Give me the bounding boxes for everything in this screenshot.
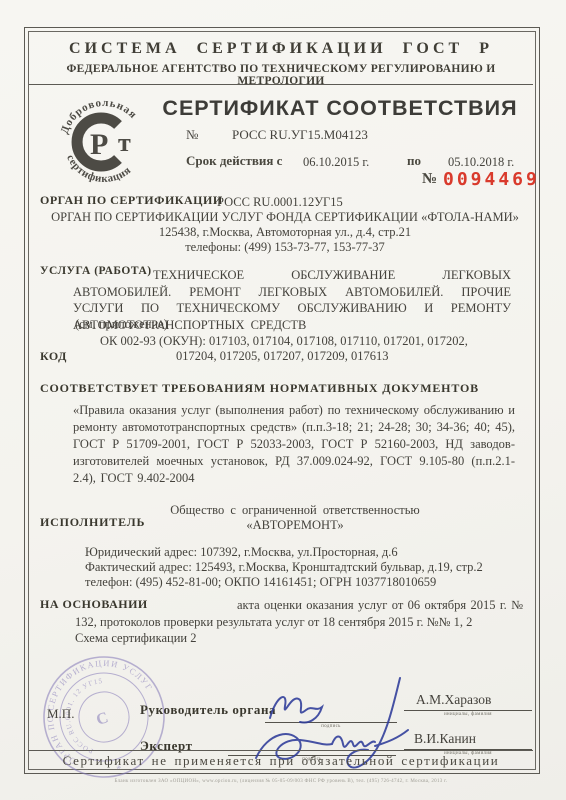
stamp-place-abbr: М.П. [47, 706, 74, 722]
rst-logo: Добровольная сертификация Р т [52, 92, 156, 192]
executor-contacts: телефон: (495) 452-81-00; ОКПО 14161451;… [85, 575, 436, 590]
form-number: 0094469 [443, 169, 540, 190]
disclaimer-divider [29, 750, 533, 751]
validity-to: 05.10.2018 г. [448, 155, 514, 170]
code-line1: ОК 002-93 (ОКУН): 017103, 017104, 017108… [100, 334, 468, 349]
agency-line: ФЕДЕРАЛЬНОЕ АГЕНТСТВО ПО ТЕХНИЧЕСКОМУ РЕ… [30, 63, 532, 87]
executor-actual-address: Фактический адрес: 125493, г.Москва, Кро… [85, 560, 483, 575]
validity-from: 06.10.2015 г. [303, 155, 369, 170]
executor-name-line1: Общество с ограниченной ответственностью [120, 503, 470, 518]
code-line2: 017204, 017205, 017207, 017209, 017613 [176, 349, 389, 364]
compliance-label: СООТВЕТСТВУЕТ ТРЕБОВАНИЯМ НОРМАТИВНЫХ ДО… [40, 381, 479, 396]
basis-text: акта оценки оказания услуг от 06 октября… [75, 597, 523, 631]
validity-label: Срок действия с [186, 153, 282, 169]
org-name: ОРГАН ПО СЕРТИФИКАЦИИ УСЛУГ ФОНДА СЕРТИФ… [40, 210, 530, 225]
svg-text:С: С [94, 709, 110, 729]
form-number-label: № [422, 171, 437, 188]
disclaimer-text: Сертификат не применяется при обязательн… [30, 753, 532, 769]
code-label: КОД [40, 349, 67, 364]
logo-letter-t: т [118, 128, 131, 157]
form-imprint: Бланк изготовлен ЗАО «ОПЦИОН», www.opcio… [30, 779, 532, 784]
org-reg-number: РОСС RU.0001.12УГ15 [217, 195, 343, 210]
number-label: № [186, 127, 198, 143]
number-value: РОСС RU.УГ15.М04123 [232, 127, 368, 143]
certificate-title: СЕРТИФИКАТ СООТВЕТСТВИЯ [160, 96, 520, 121]
certification-system-line: СИСТЕМА СЕРТИФИКАЦИИ ГОСТ Р [30, 40, 532, 58]
org-phones: телефоны: (499) 153-73-77, 153-77-37 [40, 240, 530, 255]
executor-name-line2: «АВТОРЕМОНТ» [120, 518, 470, 533]
certificate-page: СИСТЕМА СЕРТИФИКАЦИИ ГОСТ Р ФЕДЕРАЛЬНОЕ … [0, 0, 566, 800]
validity-to-label: по [407, 153, 421, 169]
compliance-text: «Правила оказания услуг (выполнения рабо… [73, 402, 515, 487]
executor-label: ИСПОЛНИТЕЛЬ [40, 515, 145, 530]
executor-legal-address: Юридический адрес: 107392, г.Москва, ул.… [85, 545, 398, 560]
org-label: ОРГАН ПО СЕРТИФИКАЦИИ [40, 193, 223, 208]
expert-role: Эксперт [140, 738, 193, 754]
logo-letter-p: Р [90, 128, 108, 161]
rst-logo-icon: Добровольная сертификация Р т [52, 92, 156, 192]
service-appendix-note: (см. приложение) [75, 317, 168, 332]
org-address: 125438, г.Москва, Автомоторная ул., д.4,… [40, 225, 530, 240]
